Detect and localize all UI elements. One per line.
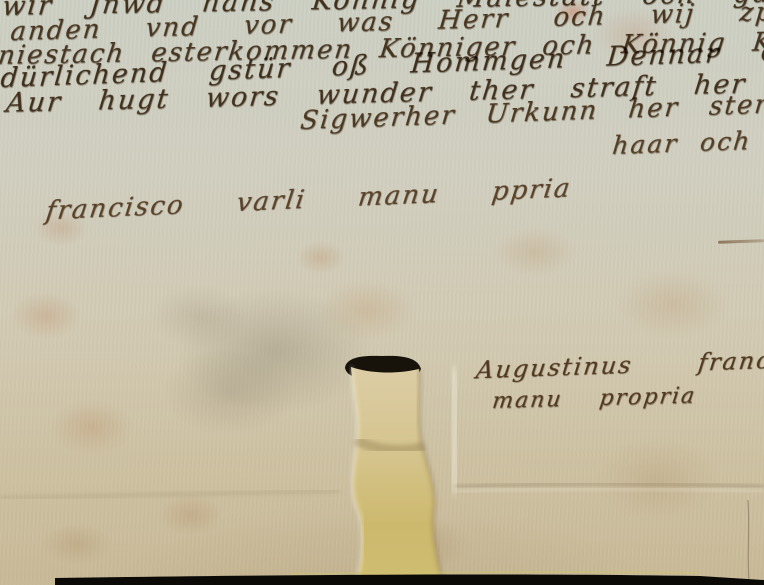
bottom-edge-highlight — [290, 572, 700, 574]
fold-crease-left — [0, 491, 340, 498]
physical-features-overlay — [0, 0, 764, 585]
fold-crease-highlight — [455, 489, 764, 492]
parchment-photo: wir Jnwd hans Könnig Maiestatt och gand … — [0, 0, 764, 585]
fold-crease-right — [455, 484, 764, 487]
vertical-crack — [748, 500, 749, 583]
parchment-bulge-highlight — [452, 368, 456, 492]
photo-bottom-edge — [55, 575, 764, 585]
